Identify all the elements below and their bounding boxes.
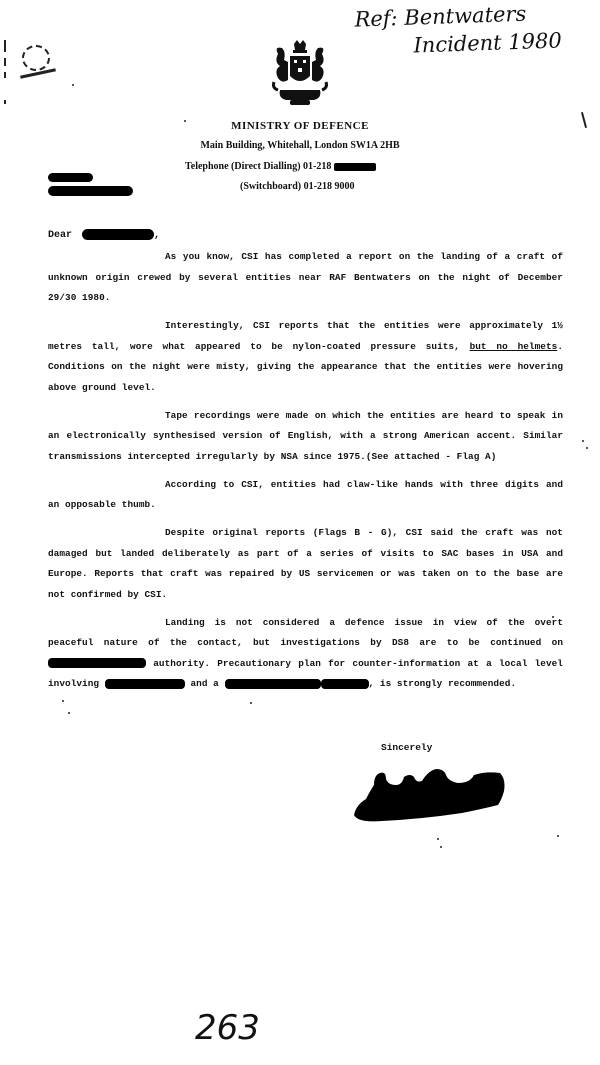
speck — [250, 702, 252, 704]
letterhead-address: Main Building, Whitehall, London SW1A 2H… — [150, 140, 450, 151]
paragraph-claw-hands: According to CSI, entities had claw-like… — [48, 475, 563, 516]
letter-body: As you know, CSI has completed a report … — [48, 247, 563, 695]
letterhead-title: MINISTRY OF DEFENCE — [150, 120, 450, 132]
salutation: Dear , — [48, 229, 160, 241]
speck — [586, 447, 588, 449]
speck — [557, 835, 559, 837]
redaction-party-2-cont — [321, 679, 369, 689]
speck — [440, 846, 442, 848]
margin-mark — [4, 58, 6, 66]
redaction-recipient-name — [82, 229, 154, 240]
paragraph-entity-description: Interestingly, CSI reports that the enti… — [48, 316, 563, 398]
margin-mark — [4, 72, 6, 78]
paragraph-defence-issue: Landing is not considered a defence issu… — [48, 613, 563, 695]
underlined-no-helmets: but no helmets — [470, 341, 558, 352]
redaction-signature — [352, 765, 507, 823]
switchboard-number: (Switchboard) 01-218 9000 — [240, 181, 354, 192]
defence-issue-text-1: Landing is not considered a defence issu… — [48, 617, 563, 649]
speck — [582, 440, 584, 442]
telephone-label: Telephone (Direct Dialling) 01-218 — [185, 161, 331, 172]
margin-mark — [4, 100, 6, 104]
redaction-authority — [48, 658, 146, 668]
royal-coat-of-arms-icon — [270, 40, 330, 108]
redaction-recipient-line-1 — [48, 173, 93, 182]
margin-mark — [4, 40, 6, 52]
letterhead-switchboard: (Switchboard) 01-218 9000 — [240, 181, 354, 192]
defence-issue-text-3: and a — [190, 678, 218, 689]
speck — [437, 838, 439, 840]
paragraph-landing-report: As you know, CSI has completed a report … — [48, 247, 563, 309]
ref-note-line-2: Incident 1980 — [355, 26, 562, 61]
defence-issue-text-4: , is strongly recommended. — [369, 678, 517, 689]
ref-note-line-1: Ref: Bentwaters — [354, 2, 526, 32]
redaction-party-2 — [225, 679, 321, 689]
speck — [72, 84, 74, 86]
letterhead-telephone: Telephone (Direct Dialling) 01-218 — [185, 161, 376, 172]
sign-off: Sincerely — [381, 742, 432, 753]
salutation-text: Dear — [48, 230, 72, 241]
paragraph-tape-recordings: Tape recordings were made on which the e… — [48, 406, 563, 468]
redaction-direct-dial — [334, 163, 376, 171]
paragraph-craft-status: Despite original reports (Flags B - G), … — [48, 523, 563, 605]
redaction-recipient-line-2 — [48, 186, 133, 196]
circled-mark — [22, 45, 50, 71]
speck — [68, 712, 70, 714]
margin-mark — [581, 112, 587, 128]
redaction-party-1 — [105, 679, 185, 689]
speck — [62, 700, 64, 702]
page-number: 263 — [195, 1008, 260, 1048]
handwritten-reference-note: Ref: Bentwaters Incident 1980 — [354, 0, 562, 62]
